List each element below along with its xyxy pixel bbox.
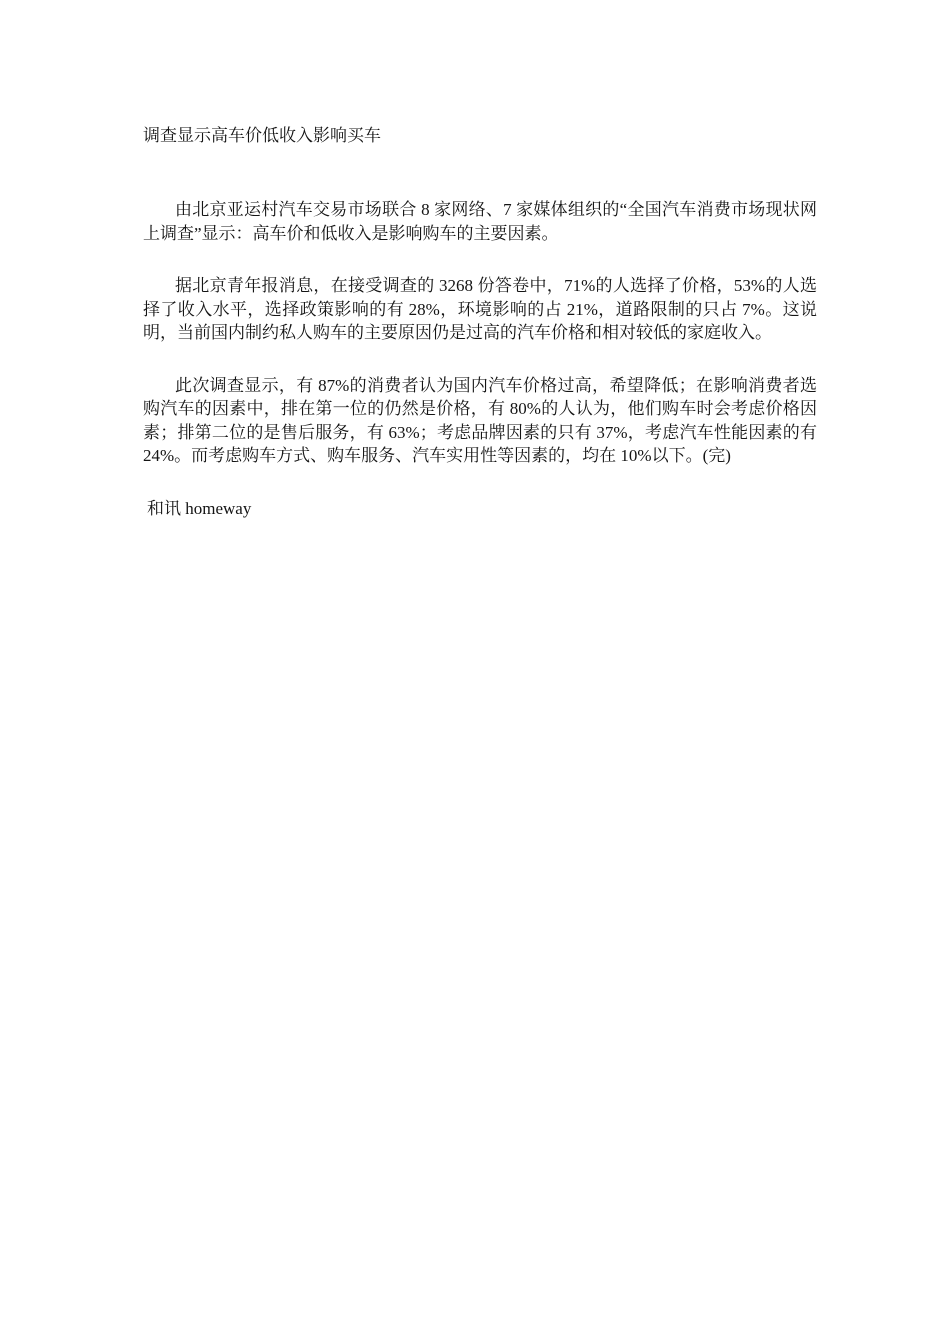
article: 调查显示高车价低收入影响买车 由北京亚运村汽车交易市场联合 8 家网络、7 家媒… — [143, 124, 817, 521]
document-page: 调查显示高车价低收入影响买车 由北京亚运村汽车交易市场联合 8 家网络、7 家媒… — [0, 0, 950, 1344]
paragraph-factors: 此次调查显示，有 87%的消费者认为国内汽车价格过高，希望降低；在影响消费者选购… — [143, 374, 817, 468]
source-attribution: 和讯 homeway — [143, 497, 817, 521]
article-title: 调查显示高车价低收入影响买车 — [143, 124, 817, 148]
paragraph-intro: 由北京亚运村汽车交易市场联合 8 家网络、7 家媒体组织的“全国汽车消费市场现状… — [143, 198, 817, 245]
paragraph-survey-numbers: 据北京青年报消息，在接受调查的 3268 份答卷中，71%的人选择了价格，53%… — [143, 274, 817, 345]
